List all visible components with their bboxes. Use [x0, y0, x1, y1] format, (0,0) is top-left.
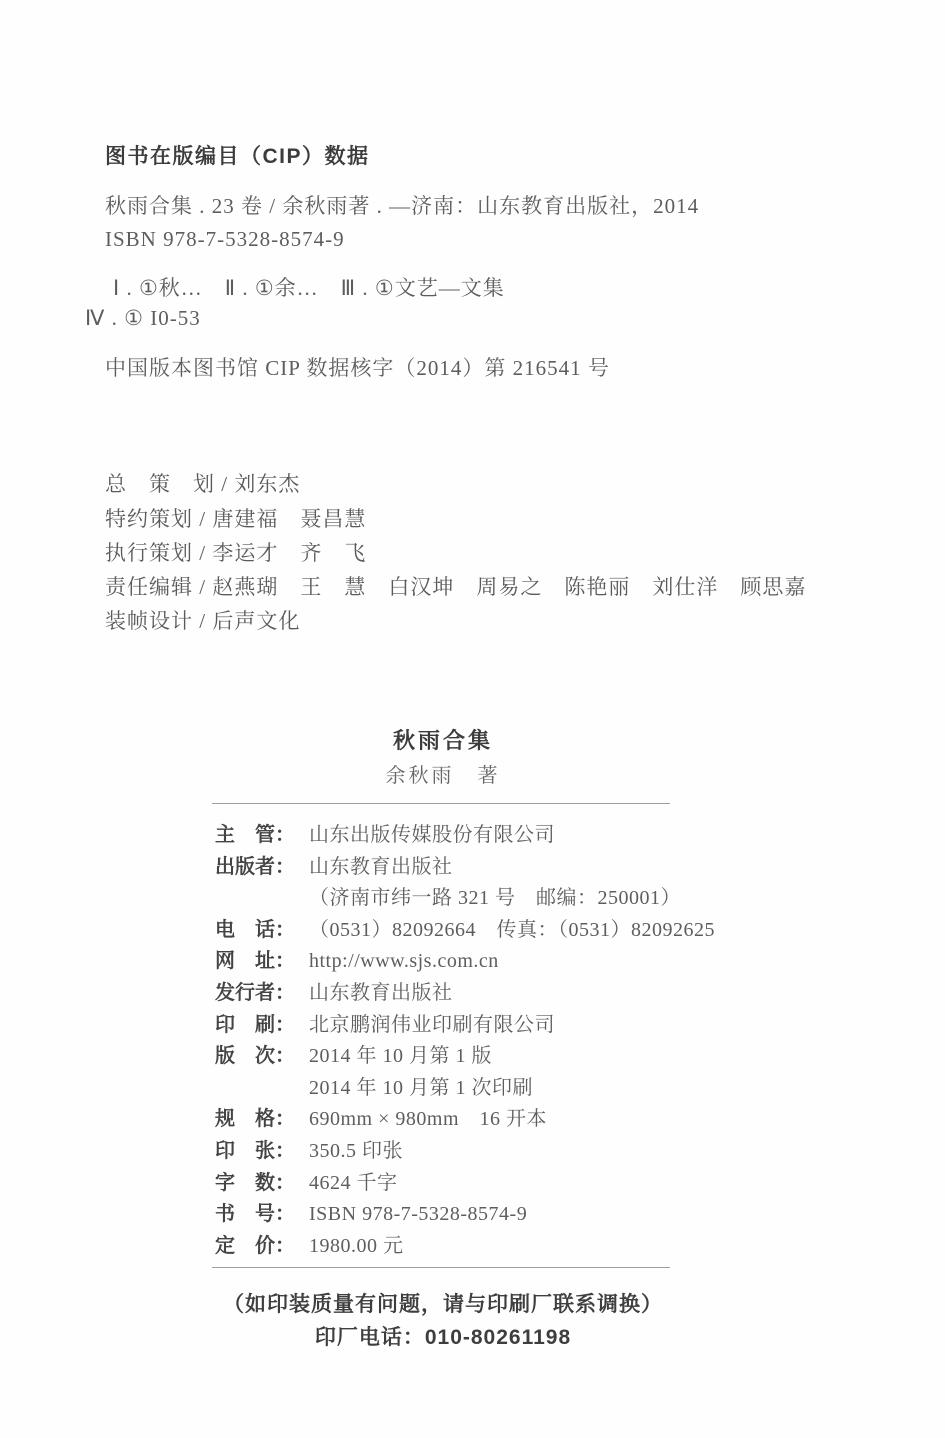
book-title: 秋雨合集: [212, 724, 674, 755]
publication-row-label: 出版者：: [215, 852, 305, 884]
publication-row-price: 定 价： 1980.00 元: [215, 1231, 685, 1263]
publication-row-label: 主 管：: [215, 820, 305, 852]
publication-row-value: 2014 年 10 月第 1 版: [309, 1045, 492, 1067]
publication-row-value: 4624 千字: [309, 1172, 398, 1194]
divider-bottom: [212, 1267, 670, 1268]
divider-top: [212, 803, 670, 804]
publication-row-format: 规 格： 690mm × 980mm 16 开本: [215, 1104, 685, 1136]
publication-row-value: http://www.sjs.com.cn: [309, 950, 499, 972]
cip-description-line: 秋雨合集 . 23 卷 / 余秋雨著 . —济南：山东教育出版社，2014: [105, 190, 699, 220]
publication-row-label: 网 址：: [215, 946, 305, 978]
credit-line-editors: 责任编辑 / 赵燕瑚 王 慧 白汉坤 周易之 陈艳丽 刘仕洋 顾思嘉: [105, 571, 806, 601]
publication-row-label: 字 数：: [215, 1168, 305, 1200]
printer-phone: 印厂电话：010-80261198: [212, 1321, 674, 1351]
cip-classification-line-1: Ⅰ . ①秋… Ⅱ . ①余… Ⅲ . ①文艺—文集: [113, 272, 505, 302]
publication-row-supervisor: 主 管： 山东出版传媒股份有限公司: [215, 820, 685, 852]
publication-row-label: 电 话：: [215, 915, 305, 947]
publication-row-value: 1980.00 元: [309, 1235, 404, 1257]
credit-line-special-planners: 特约策划 / 唐建福 聂昌慧: [105, 503, 366, 533]
publication-row-label: 版 次：: [215, 1041, 305, 1073]
publication-row-value: 山东教育出版社: [309, 982, 453, 1004]
publication-row-value: 350.5 印张: [309, 1140, 403, 1162]
credit-line-executive-planners: 执行策划 / 李运才 齐 飞: [105, 537, 366, 567]
publication-row-website: 网 址： http://www.sjs.com.cn: [215, 946, 685, 978]
publication-row-value: （0531）82092664 传真：（0531）82092625: [309, 919, 715, 941]
publication-row-sheets: 印 张： 350.5 印张: [215, 1136, 685, 1168]
publication-row-value: 2014 年 10 月第 1 次印刷: [309, 1077, 533, 1099]
publication-row-book-number: 书 号： ISBN 978-7-5328-8574-9: [215, 1199, 685, 1231]
publication-row-publisher: 出版者： 山东教育出版社: [215, 852, 685, 884]
quality-notice: （如印装质量有问题，请与印刷厂联系调换）: [212, 1288, 674, 1318]
publication-row-label: 发行者：: [215, 978, 305, 1010]
publication-row-word-count: 字 数： 4624 千字: [215, 1168, 685, 1200]
publication-row-printing: 2014 年 10 月第 1 次印刷: [215, 1073, 685, 1105]
book-author: 余秋雨 著: [212, 759, 674, 788]
publication-row-distributor: 发行者： 山东教育出版社: [215, 978, 685, 1010]
publication-row-value: 山东出版传媒股份有限公司: [309, 824, 555, 846]
publication-row-value: 北京鹏润伟业印刷有限公司: [309, 1014, 555, 1036]
cip-isbn-line: ISBN 978-7-5328-8574-9: [105, 227, 345, 252]
publication-row-edition: 版 次： 2014 年 10 月第 1 版: [215, 1041, 685, 1073]
credit-line-design: 装帧设计 / 后声文化: [105, 605, 300, 635]
credit-line-chief-planner: 总 策 划 / 刘东杰: [105, 468, 300, 498]
publication-row-printer: 印 刷： 北京鹏润伟业印刷有限公司: [215, 1010, 685, 1042]
copyright-page: 图书在版编目（CIP）数据 秋雨合集 . 23 卷 / 余秋雨著 . —济南：山…: [0, 0, 945, 1438]
publication-row-label: 规 格：: [215, 1104, 305, 1136]
publication-row-publisher-address: （济南市纬一路 321 号 邮编：250001）: [215, 883, 685, 915]
publication-row-value: 690mm × 980mm 16 开本: [309, 1108, 547, 1130]
cip-classification-line-2: Ⅳ . ① I0-53: [85, 306, 201, 331]
publication-row-label: 定 价：: [215, 1231, 305, 1263]
publication-row-value: 山东教育出版社: [309, 856, 453, 878]
cip-header: 图书在版编目（CIP）数据: [105, 140, 370, 170]
publication-row-value: ISBN 978-7-5328-8574-9: [309, 1203, 527, 1225]
publication-table: 主 管： 山东出版传媒股份有限公司 出版者： 山东教育出版社 （济南市纬一路 3…: [215, 820, 685, 1262]
publication-row-label: 书 号：: [215, 1199, 305, 1231]
cip-registration-line: 中国版本图书馆 CIP 数据核字（2014）第 216541 号: [105, 352, 610, 382]
publication-row-phone-fax: 电 话： （0531）82092664 传真：（0531）82092625: [215, 915, 685, 947]
publication-row-value: （济南市纬一路 321 号 邮编：250001）: [309, 887, 681, 909]
publication-row-label: 印 张：: [215, 1136, 305, 1168]
publication-row-label: 印 刷：: [215, 1010, 305, 1042]
